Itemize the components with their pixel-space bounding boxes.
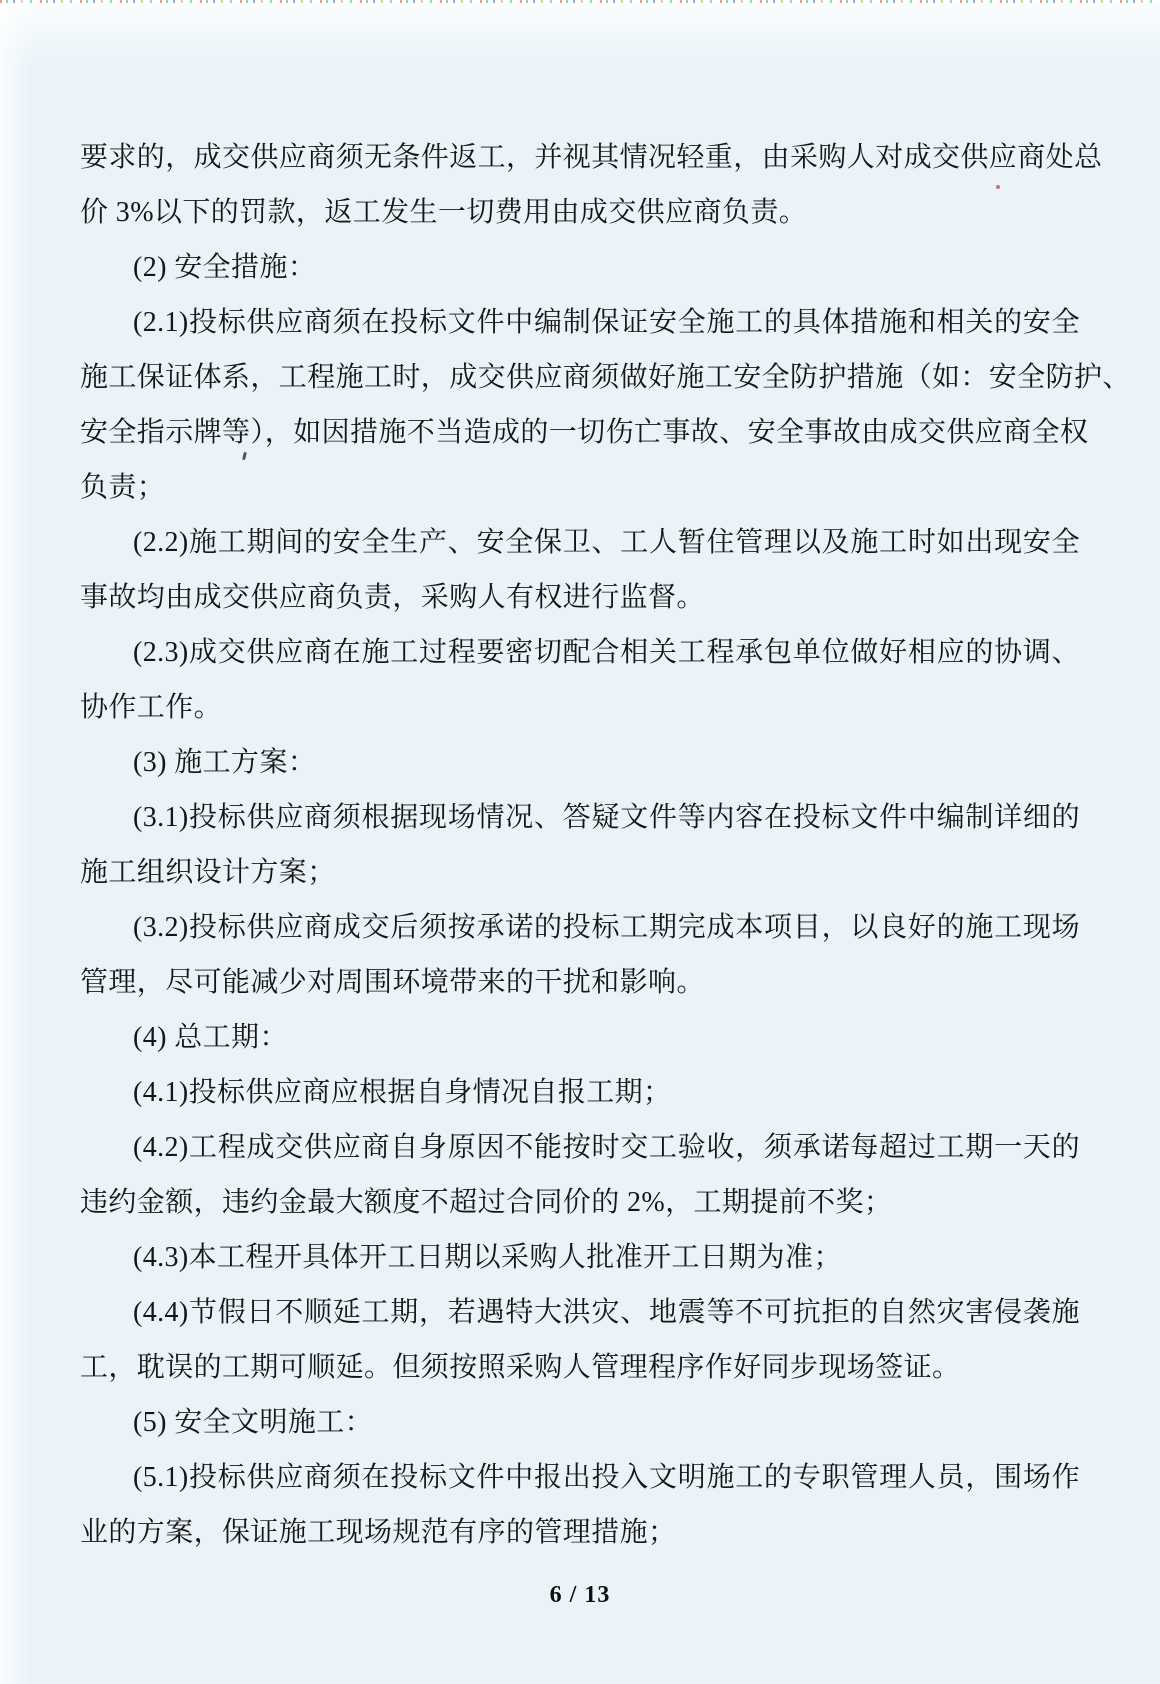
text-line: 协作工作。 [80, 680, 1080, 735]
text-line: (3.1)投标供应商须根据现场情况、答疑文件等内容在投标文件中编制详细的 [80, 790, 1080, 845]
text-line: 违约金额，违约金最大额度不超过合同价的 2%，工期提前不奖； [80, 1175, 1080, 1230]
page-number: 6 / 13 [550, 1582, 611, 1608]
text-line: 安全指示牌等），如因措施不当造成的一切伤亡事故、安全事故由成交供应商全权 [80, 405, 1080, 460]
text-line: (3.2)投标供应商成交后须按承诺的投标工期完成本项目，以良好的施工现场 [80, 900, 1080, 955]
text-line: (2.1)投标供应商须在投标文件中编制保证安全施工的具体措施和相关的安全 [80, 295, 1080, 350]
text-line: (4.2)工程成交供应商自身原因不能按时交工验收，须承诺每超过工期一天的 [80, 1120, 1080, 1175]
document-body: 要求的，成交供应商须无条件返工，并视其情况轻重，由采购人对成交供应商处总价 3%… [80, 130, 1080, 1560]
text-line: 施工保证体系，工程施工时，成交供应商须做好施工安全防护措施（如：安全防护、 [80, 350, 1080, 405]
scan-speck-red [996, 185, 1000, 189]
text-line: 管理，尽可能减少对周围环境带来的干扰和影响。 [80, 955, 1080, 1010]
page-footer: 6 / 13 [0, 1582, 1160, 1609]
text-line: (3) 施工方案： [80, 735, 1080, 790]
text-line: 事故均由成交供应商负责，采购人有权进行监督。 [80, 570, 1080, 625]
text-line: (5) 安全文明施工： [80, 1395, 1080, 1450]
text-line: 价 3%以下的罚款，返工发生一切费用由成交供应商负责。 [80, 185, 1080, 240]
text-line: 施工组织设计方案； [80, 845, 1080, 900]
scan-noise-strip [0, 0, 1160, 3]
text-line: 工，耽误的工期可顺延。但须按照采购人管理程序作好同步现场签证。 [80, 1340, 1080, 1395]
text-line: (2.3)成交供应商在施工过程要密切配合相关工程承包单位做好相应的协调、 [80, 625, 1080, 680]
text-line: 负责； [80, 460, 1080, 515]
text-line: (4.4)节假日不顺延工期，若遇特大洪灾、地震等不可抗拒的自然灾害侵袭施 [80, 1285, 1080, 1340]
document-page: 要求的，成交供应商须无条件返工，并视其情况轻重，由采购人对成交供应商处总价 3%… [0, 0, 1160, 1684]
text-line: (2.2)施工期间的安全生产、安全保卫、工人暂住管理以及施工时如出现安全 [80, 515, 1080, 570]
text-line: (5.1)投标供应商须在投标文件中报出投入文明施工的专职管理人员，围场作 [80, 1450, 1080, 1505]
text-line: 业的方案，保证施工现场规范有序的管理措施； [80, 1505, 1080, 1560]
text-line: (4) 总工期： [80, 1010, 1080, 1065]
text-line: (2) 安全措施： [80, 240, 1080, 295]
text-line: 要求的，成交供应商须无条件返工，并视其情况轻重，由采购人对成交供应商处总 [80, 130, 1080, 185]
text-line: (4.3)本工程开具体开工日期以采购人批准开工日期为准； [80, 1230, 1080, 1285]
text-line: (4.1)投标供应商应根据自身情况自报工期； [80, 1065, 1080, 1120]
